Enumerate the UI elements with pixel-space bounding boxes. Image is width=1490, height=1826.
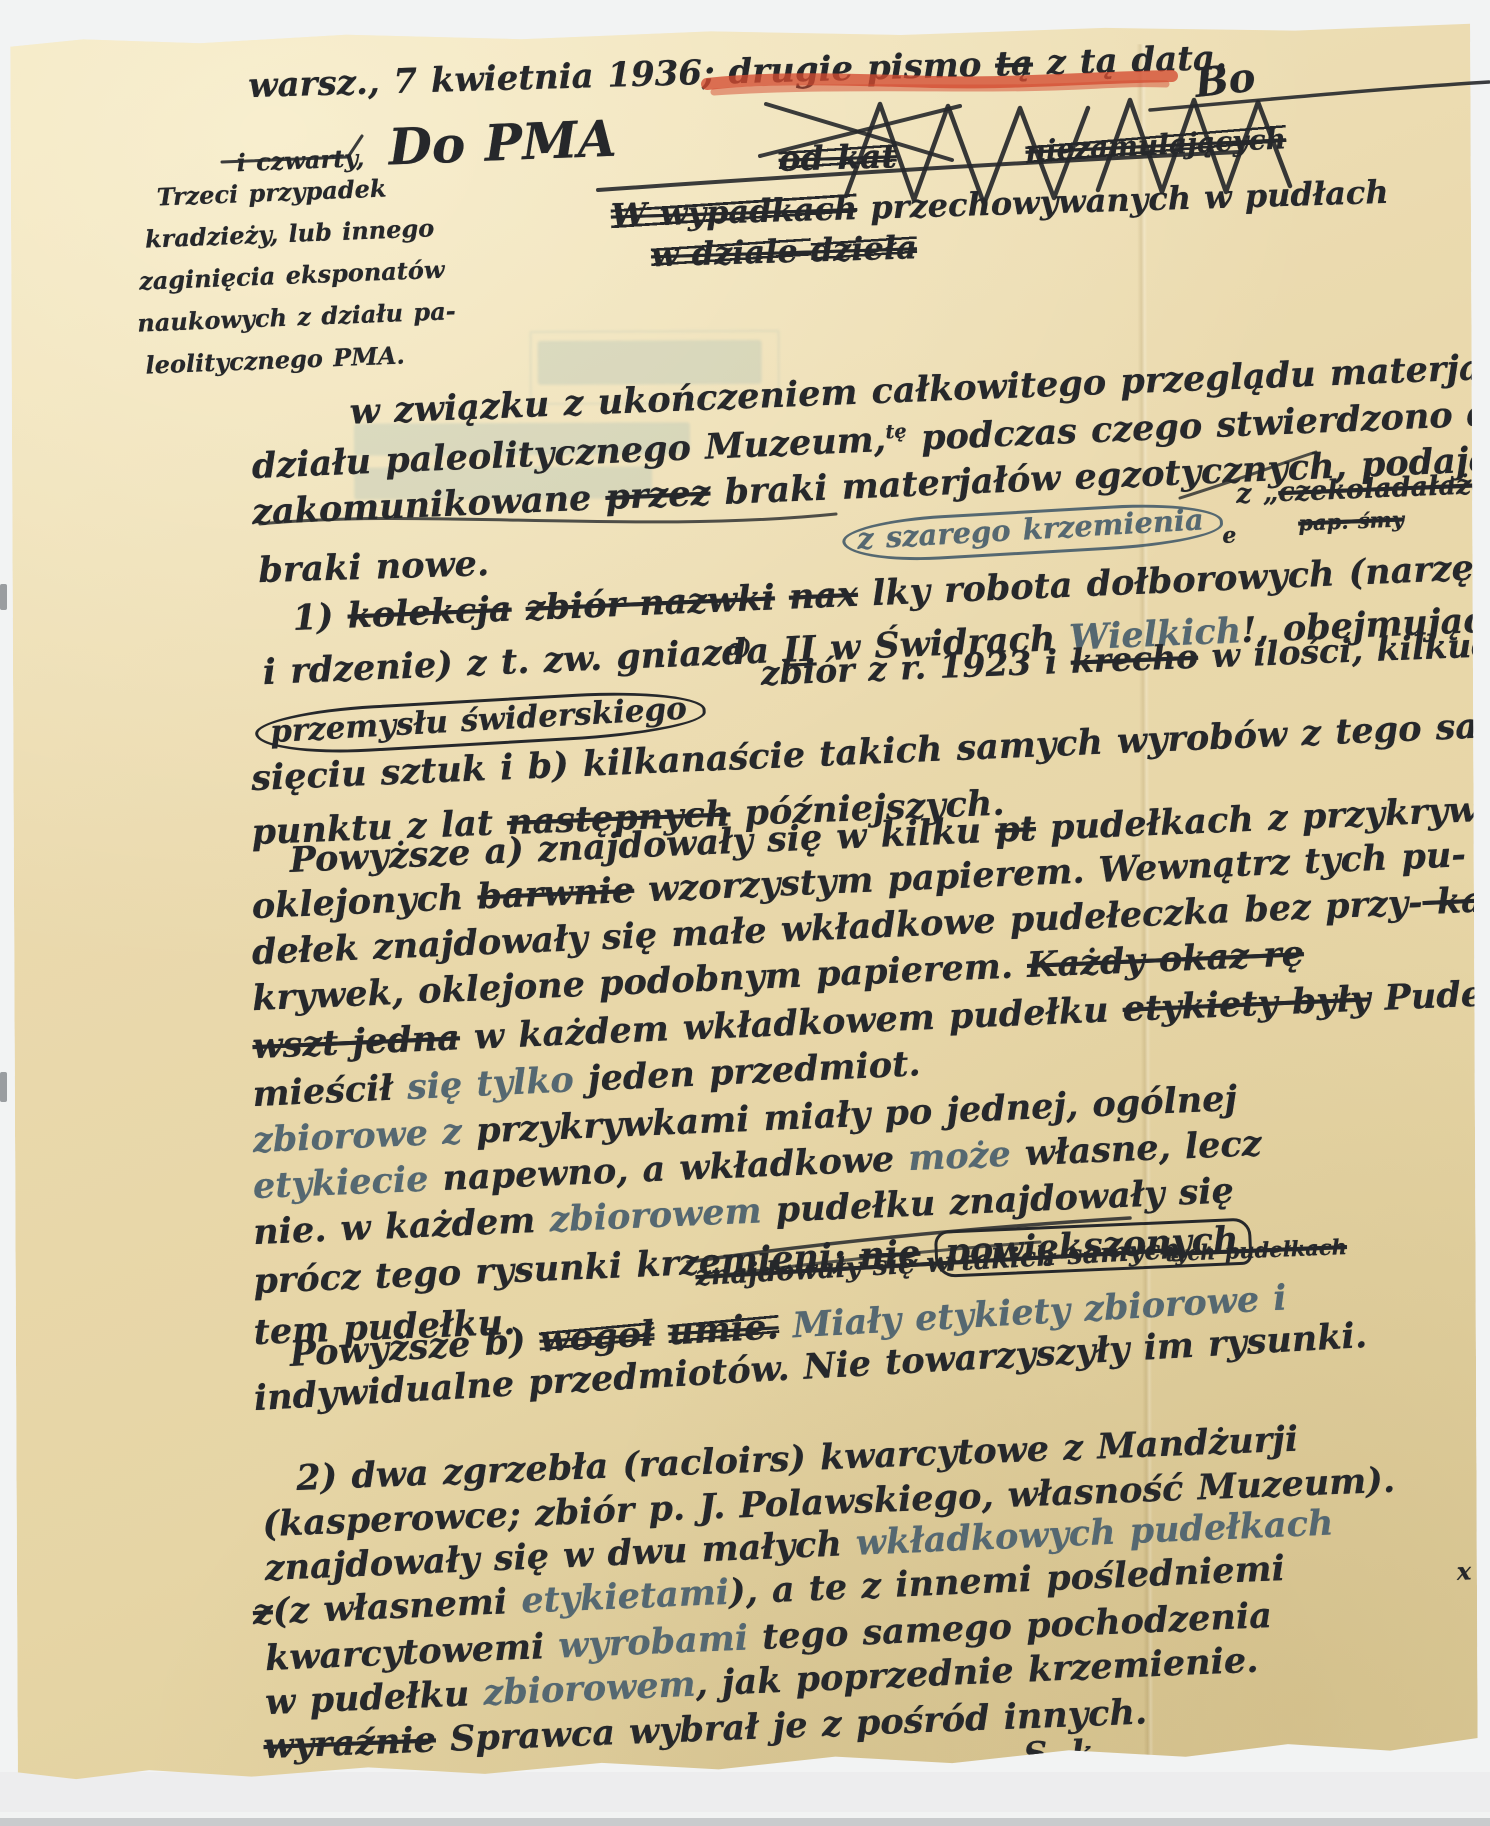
handwriting-segment: nax [788, 574, 859, 618]
handwritten-line-body: e [1222, 523, 1237, 548]
handwriting-segment: i czwarty, [236, 143, 365, 177]
handwriting-segment: zakomunikowane [251, 477, 606, 533]
handwriting-segment: S. k. [1023, 1732, 1106, 1774]
handwritten-line-crossed_heading: od kat [778, 138, 897, 178]
handwriting-segment: dzieła [810, 228, 917, 269]
handwriting-segment: z „ [1236, 477, 1279, 510]
handwritten-line-crossed_heading: niezamulających [1025, 124, 1287, 167]
handwriting-segment: i rdzenie) z t. zw. gniazda [262, 630, 784, 693]
handwriting-layer: warsz., 7 kwietnia 1936; drugie pismo tą… [10, 23, 1470, 29]
scanner-bed-edge [0, 1818, 1490, 1826]
handwriting-segment: z szarego krzemienia [841, 499, 1224, 564]
handwriting-segment: się tylko [406, 1059, 575, 1108]
handwritten-line-item_1: a) [726, 635, 752, 660]
handwriting-segment: oklejonych [251, 877, 478, 928]
handwriting-segment: jeden przedmiot. [573, 1043, 922, 1100]
handwritten-line-margin_note: Trzeci przypadek [156, 176, 387, 211]
handwriting-segment: zbiór nazwki [525, 577, 776, 629]
handwriting-segment: wyrobami [558, 1617, 749, 1666]
scanner-artifact-tick [0, 584, 7, 610]
handwritten-line-header: Bo [1193, 56, 1258, 106]
handwriting-segment: zbiorowem [483, 1664, 697, 1714]
handwriting-segment: niezamulających [1025, 122, 1287, 167]
handwriting-segment: 1) [292, 596, 349, 639]
handwriting-segment: kolekcja [347, 589, 513, 637]
handwriting-segment: nie. w każdem [252, 1199, 550, 1253]
handwriting-segment: zbiorowem [549, 1190, 763, 1240]
handwriting-segment: przez [605, 473, 712, 518]
handwritten-line-paragraph_a: tych pudełkach [1165, 1235, 1347, 1265]
handwriting-segment: własne, lecz [1010, 1123, 1263, 1175]
handwriting-segment: z [252, 1591, 274, 1633]
handwriting-segment: każdyob [1422, 875, 1490, 923]
handwriting-segment: etykiecie [252, 1159, 429, 1207]
handwriting-segment: tę [885, 419, 907, 443]
handwritten-line-signature: S. k. [1023, 1734, 1106, 1773]
handwriting-segment: a) [726, 634, 752, 661]
handwriting-segment: etykiety były [1122, 978, 1371, 1030]
handwriting-segment: zbiorowe z [252, 1111, 463, 1161]
handwriting-segment: pap. śmy [1298, 506, 1405, 535]
handwritten-line-body: braki nowe. [258, 545, 490, 591]
handwritten-line-margin_note: i czwarty, [236, 145, 365, 176]
handwriting-segment: mieścił [252, 1067, 408, 1115]
handwritten-line-header: Do PMA [387, 111, 617, 175]
scanner-artifact-tick [0, 1072, 7, 1102]
handwritten-line-margin_note: zaginięcia eksponatów [139, 257, 445, 295]
manuscript-paper: warsz., 7 kwietnia 1936; drugie pismo tą… [10, 23, 1478, 1781]
handwritten-line-margin_note: kradzieży, lub innego [144, 215, 434, 253]
handwriting-segment: warsz., 7 kwietnia 1936; [248, 52, 729, 106]
handwriting-segment: w pudełku [264, 1673, 484, 1723]
handwriting-segment: wszt jedna [252, 1017, 461, 1067]
handwriting-segment: braki nowe. [258, 543, 490, 591]
handwriting-segment: (z własnemi [272, 1581, 522, 1633]
scanner-bed-band [0, 1772, 1490, 1812]
handwriting-segment: Pudełka [1370, 971, 1490, 1019]
handwriting-segment: wogoł [538, 1313, 655, 1360]
handwriting-segment: w dziale [650, 232, 811, 275]
handwritten-line-header: warsz., 7 kwietnia 1936; drugie pismo tą… [248, 40, 1228, 106]
handwriting-segment: pt [994, 808, 1036, 851]
handwriting-segment: drugie pismo [728, 45, 996, 93]
handwritten-line-crossed_heading: w dziale dzieła [651, 230, 918, 273]
handwriting-segment: x [1456, 1556, 1471, 1586]
handwriting-segment: Każdy okaz rę [1026, 933, 1305, 986]
handwriting-segment: W wypadkach [610, 189, 857, 235]
handwriting-segment: krecho [1070, 637, 1199, 681]
handwriting-segment: przechowywanych w pudłach [857, 173, 1390, 227]
handwritten-line-body: z szarego krzemienia [841, 503, 1223, 562]
handwriting-segment: tą [995, 44, 1034, 85]
handwriting-segment: zaginięcia eksponatów [139, 255, 445, 296]
handwriting-segment: etykietami [521, 1572, 730, 1622]
handwriting-segment: kradzieży, lub innego [144, 213, 434, 253]
handwriting-segment: Do PMA [387, 109, 617, 177]
handwriting-segment: Trzeci przypadek [156, 174, 387, 212]
handwritten-line-crossed_heading: W wypadkach przechowywanych w pudłach [610, 175, 1389, 234]
handwriting-segment: wyraźnie [263, 1719, 437, 1767]
handwritten-line-body: pap. śmy [1298, 507, 1405, 534]
scanned-document-page: { "document_meta": { "kind": "Handwritte… [0, 0, 1490, 1826]
handwritten-line-item_2: x [1456, 1558, 1471, 1585]
handwriting-segment: od kat [778, 136, 897, 179]
handwriting-segment: barwnie [477, 870, 635, 918]
handwriting-segment: e [1222, 522, 1237, 549]
handwriting-segment: może [907, 1134, 1011, 1179]
handwriting-segment: umie. [667, 1306, 779, 1353]
handwriting-segment: Bo [1192, 54, 1257, 107]
